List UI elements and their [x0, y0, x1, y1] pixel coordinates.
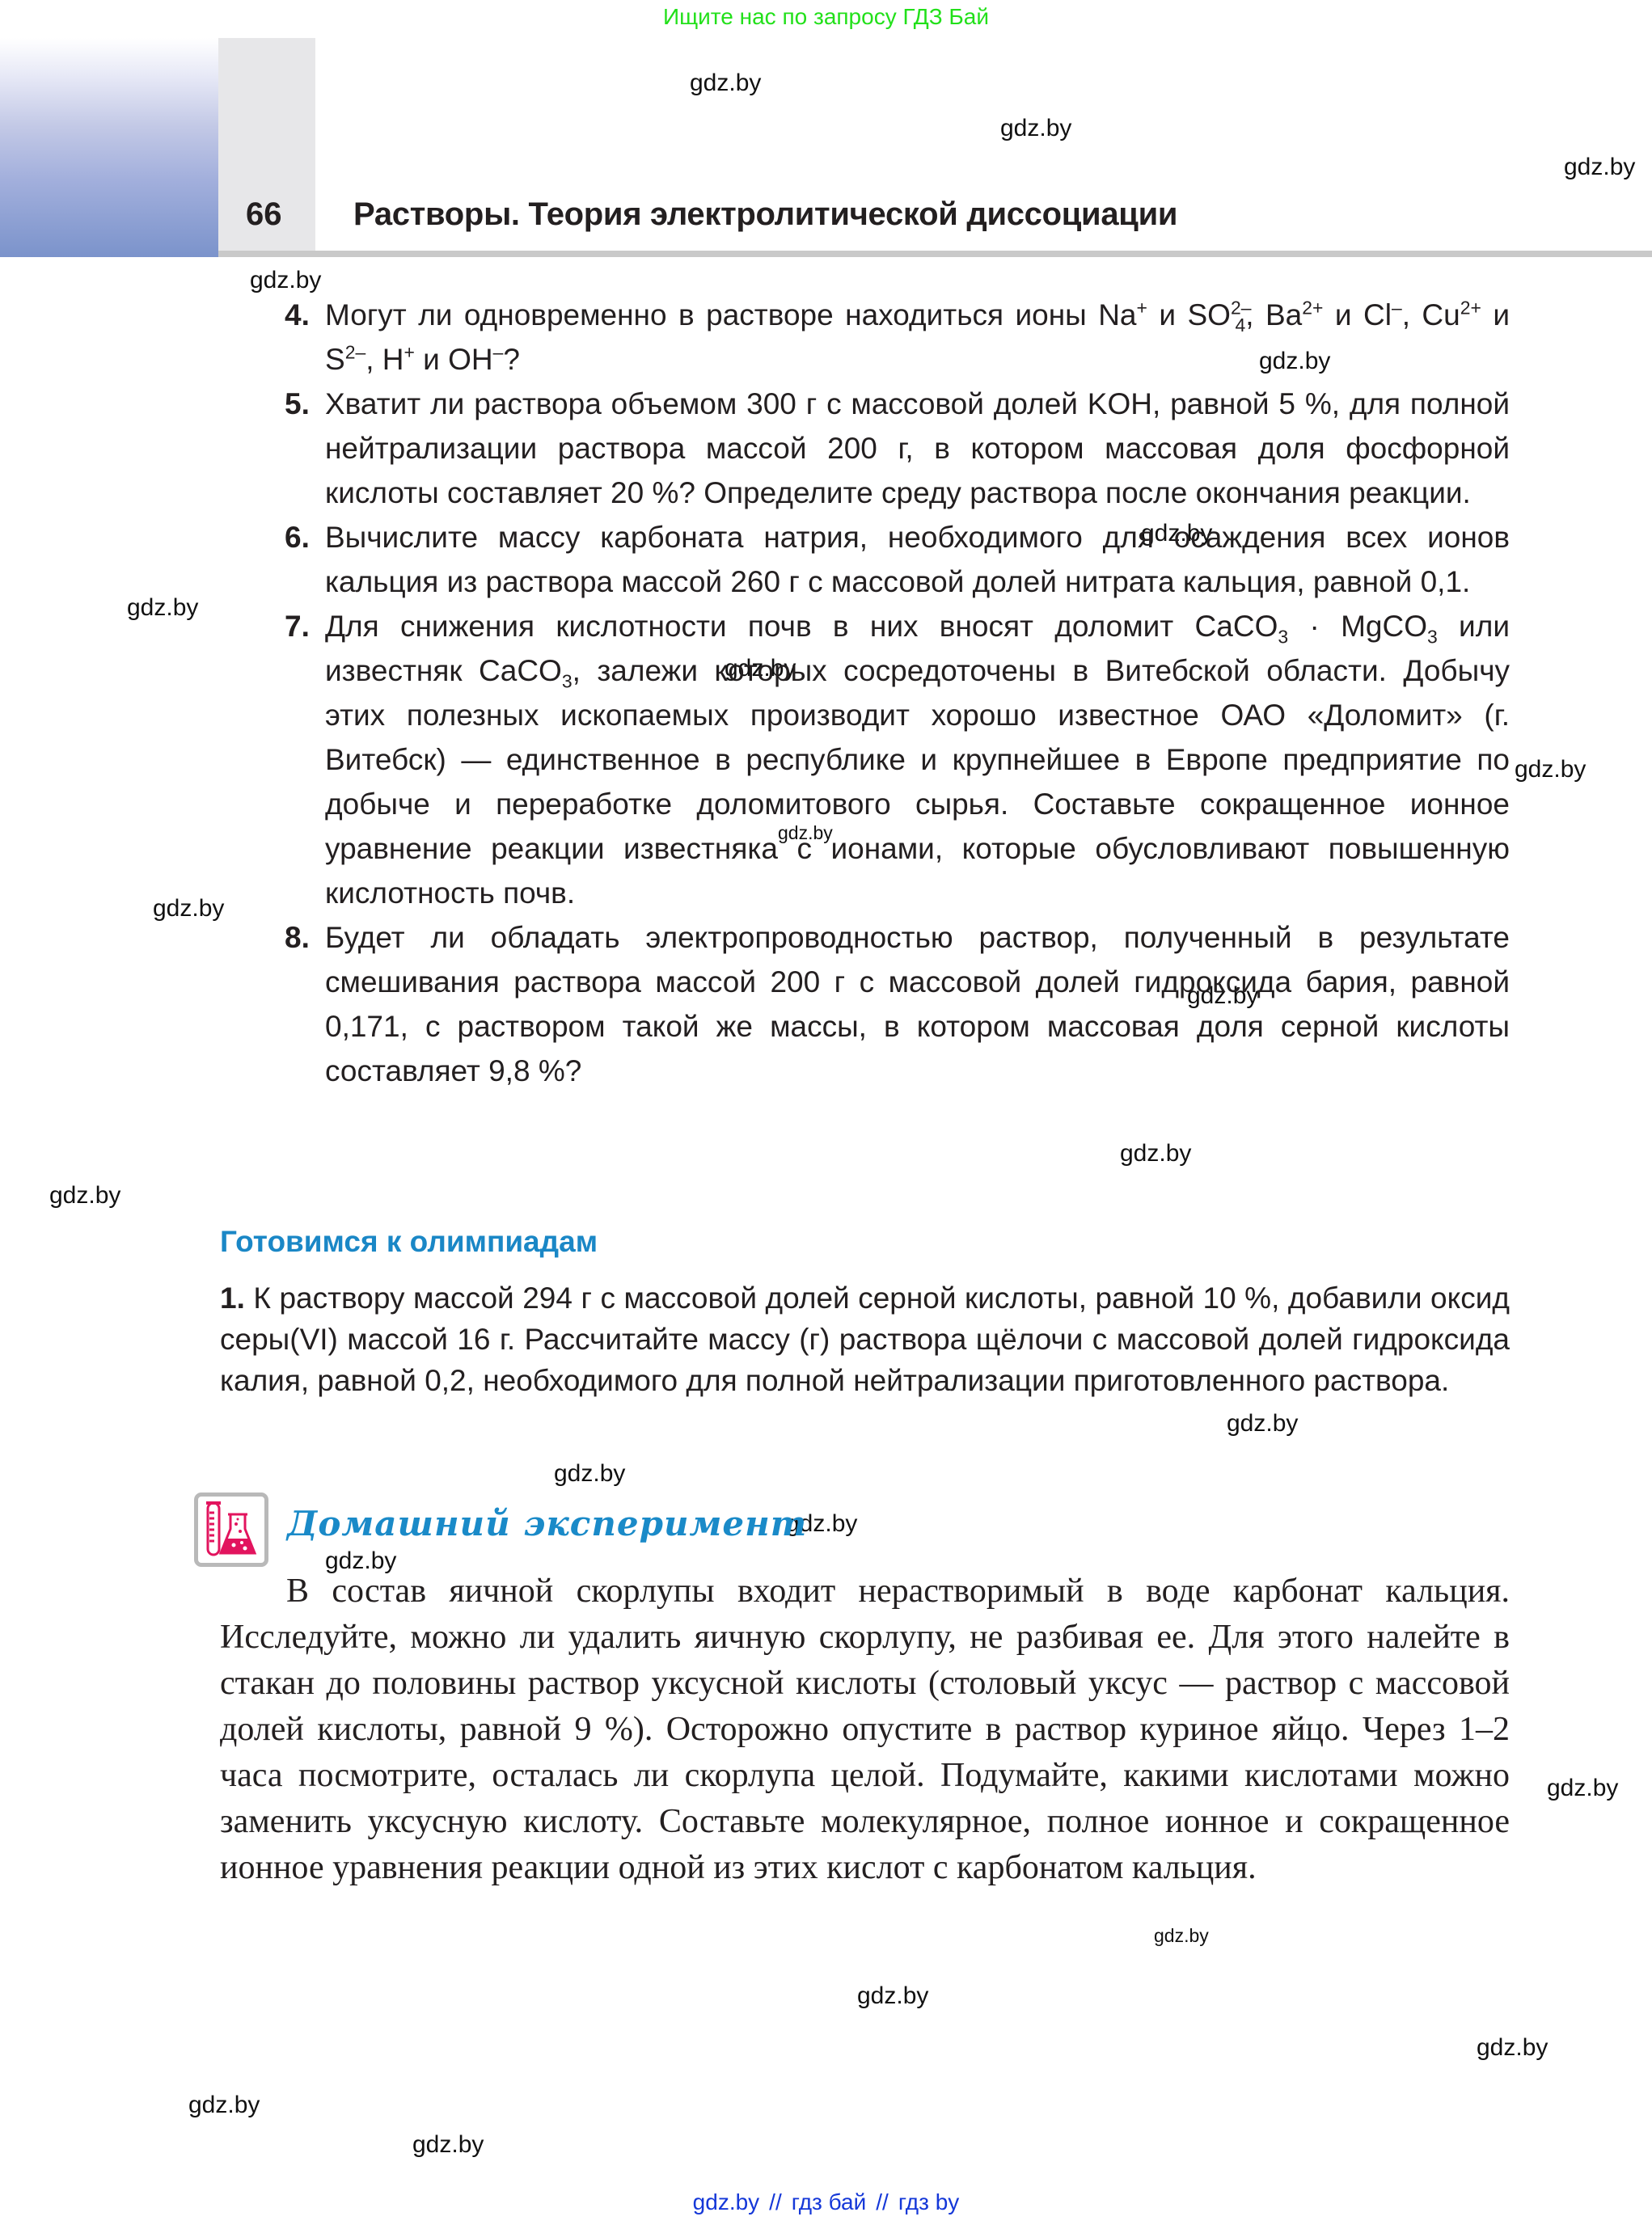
problem-4: 4. Могут ли одновременно в растворе нахо… — [285, 293, 1510, 382]
problem-5: 5. Хватит ли раствора объемом 300 г с ма… — [285, 382, 1510, 515]
problem-number: 4. — [285, 293, 310, 337]
watermark: gdz.by — [857, 1982, 928, 2010]
problem-text: Хватит ли раствора объемом 300 г с массо… — [325, 387, 1510, 509]
watermark: gdz.by — [1154, 1925, 1209, 1946]
watermark: gdz.by — [49, 1182, 120, 1210]
problem-text: Вычислите массу карбоната натрия, необхо… — [325, 521, 1510, 598]
watermark: gdz.by — [1547, 1775, 1618, 1802]
problem-list: 4. Могут ли одновременно в растворе нахо… — [285, 293, 1510, 1093]
footer-links: gdz.by//гдз бай//гдз by — [0, 2189, 1652, 2215]
header-gradient-block — [0, 38, 218, 257]
watermark: gdz.by — [1227, 1410, 1298, 1438]
problem-text: Для снижения кислотности почв в них внос… — [325, 610, 1510, 910]
problem-number: 6. — [285, 515, 310, 559]
watermark: gdz.by — [690, 70, 761, 97]
problem-number: 8. — [285, 915, 310, 960]
watermark: gdz.by — [1477, 2034, 1548, 2062]
problem-6: 6. Вычислите массу карбоната натрия, нео… — [285, 515, 1510, 604]
watermark: gdz.by — [153, 895, 224, 923]
problem-text: Будет ли обладать электропроводностью ра… — [325, 921, 1510, 1087]
search-banner[interactable]: Ищите нас по запросу ГДЗ Бай — [0, 3, 1652, 31]
problem-number: 7. — [285, 604, 310, 648]
watermark: gdz.by — [250, 267, 321, 294]
problem-number: 5. — [285, 382, 310, 426]
problem-text: К раствору массой 294 г с массовой долей… — [220, 1281, 1510, 1397]
watermark: gdz.by — [1120, 1140, 1191, 1167]
watermark: gdz.by — [1000, 115, 1071, 142]
watermark: gdz.by — [554, 1460, 625, 1488]
footer-link-gdz-by-cyr[interactable]: гдз by — [898, 2189, 959, 2214]
problem-text: Могут ли одновременно в растворе находит… — [325, 298, 1510, 376]
problem-8: 8. Будет ли обладать электропроводностью… — [285, 915, 1510, 1093]
lab-glassware-icon — [194, 1492, 268, 1567]
problem-number: 1. — [220, 1281, 245, 1315]
watermark: gdz.by — [1515, 756, 1586, 783]
header-divider — [218, 251, 1652, 257]
watermark: gdz.by — [127, 594, 198, 622]
problem-7: 7. Для снижения кислотности почв в них в… — [285, 604, 1510, 915]
olympiad-problem: 1. К раствору массой 294 г с массовой до… — [220, 1277, 1510, 1401]
watermark: gdz.by — [188, 2092, 260, 2119]
experiment-heading: Домашний эксперимент — [287, 1504, 807, 1543]
watermark: gdz.by — [1564, 154, 1635, 181]
footer-link-gdz-bai[interactable]: гдз бай — [792, 2189, 867, 2214]
footer-link-gdz-by[interactable]: gdz.by — [693, 2189, 760, 2214]
watermark: gdz.by — [412, 2131, 484, 2159]
page-number: 66 — [246, 196, 282, 233]
chapter-title: Растворы. Теория электролитической диссо… — [353, 196, 1177, 233]
olympiad-heading: Готовимся к олимпиадам — [220, 1225, 598, 1259]
experiment-text: В состав яичной скорлупы входит нераство… — [220, 1568, 1510, 1891]
